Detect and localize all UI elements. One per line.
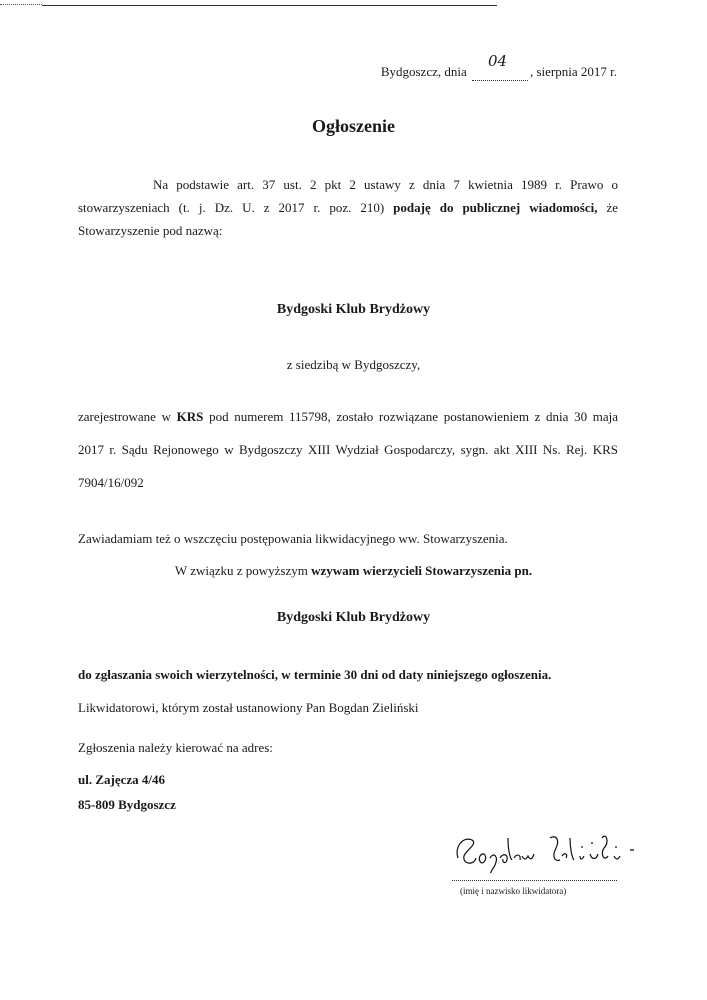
date-line: Bydgoszcz, dnia 04 , sierpnia 2017 r. [381, 64, 617, 81]
bold-notice: podaję do publicznej wiadomości, [393, 200, 597, 215]
address-city: 85-809 Bydgoszcz [78, 797, 176, 813]
liquidator-name: Likwidatorowi, którym został ustanowiony… [78, 700, 419, 716]
place-prefix: Bydgoszcz, dnia [381, 64, 467, 79]
club-name: Bydgoski Klub Brydżowy [0, 302, 707, 318]
address-street: ul. Zajęcza 4/46 [78, 772, 165, 788]
paragraph-liquidation: Zawiadamiam też o wszczęciu postępowania… [78, 527, 618, 550]
signature-line [452, 880, 617, 881]
club-seat: z siedzibą w Bydgoszczy, [0, 357, 707, 373]
signature-caption: (imię i nazwisko likwidatora) [460, 886, 566, 896]
club-name-repeat: Bydgoski Klub Brydżowy [0, 610, 707, 626]
day-handwritten: 04 [488, 52, 507, 70]
document-title: Ogłoszenie [0, 116, 707, 137]
day-field: 04 [472, 64, 528, 81]
paragraph-creditors-call: W związku z powyższym wzywam wierzycieli… [0, 563, 707, 579]
address-intro: Zgłoszenia należy kierować na adres: [78, 740, 273, 756]
paragraph-legal-basis: Na podstawie art. 37 ust. 2 pkt 2 ustawy… [78, 173, 618, 242]
top-dotted-rule [0, 4, 42, 5]
handwritten-signature: Bogdan Zieliński [450, 828, 650, 873]
month-year: , sierpnia 2017 r. [530, 64, 617, 79]
paragraph-registration: zarejestrowane w KRS pod numerem 115798,… [78, 400, 618, 499]
top-rule [42, 5, 497, 6]
claims-deadline: do zgłaszania swoich wierzytelności, w t… [78, 667, 551, 683]
